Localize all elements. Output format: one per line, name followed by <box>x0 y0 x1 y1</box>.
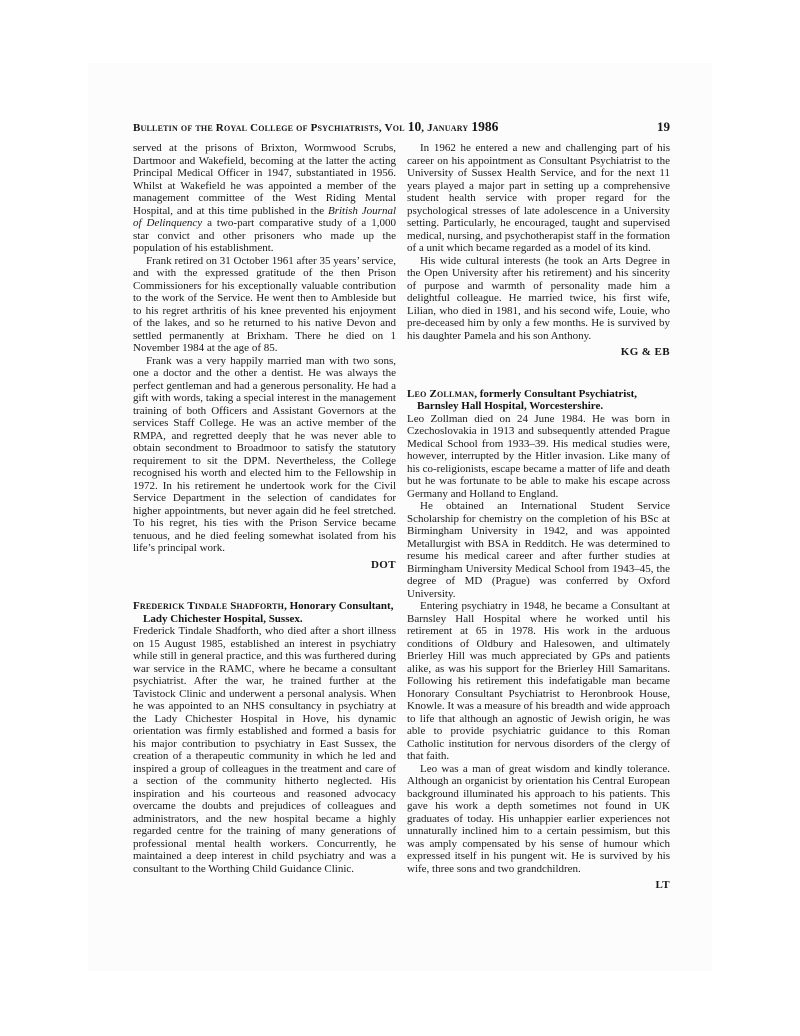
scanned-document-canvas: Bulletin of the Royal College of Psychia… <box>0 0 800 1036</box>
paragraph-text: Frederick Tindale Shadforth, who died af… <box>133 625 396 875</box>
left-column: served at the prisons of Brixton, Wormwo… <box>133 142 396 892</box>
running-head: Bulletin of the Royal College of Psychia… <box>133 118 670 136</box>
paragraph-text: Leo Zollman died on 24 June 1984. He was… <box>407 413 670 500</box>
right-column: In 1962 he entered a new and challenging… <box>407 142 670 892</box>
text-columns: served at the prisons of Brixton, Wormwo… <box>133 142 670 892</box>
deceased-name: Leo Zollman <box>407 388 474 400</box>
obituary-paragraph: Frederick Tindale Shadforth, who died af… <box>133 625 396 875</box>
paragraph-text: In 1962 he entered a new and challenging… <box>407 142 670 254</box>
journal-title-segment: 10 <box>408 119 422 134</box>
obituary-paragraph: Frank was a very happily married man wit… <box>133 355 396 555</box>
page-number: 19 <box>657 119 670 135</box>
obituary-signature: DOT <box>133 559 396 572</box>
obituary-paragraph: His wide cultural interests (he took an … <box>407 255 670 343</box>
journal-title-segment: Bulletin of the Royal College of Psychia… <box>133 122 408 134</box>
journal-page: Bulletin of the Royal College of Psychia… <box>88 63 712 971</box>
paragraph-text: Entering psychiatry in 1948, he became a… <box>407 600 670 762</box>
obituary-paragraph: In 1962 he entered a new and challenging… <box>407 142 670 255</box>
obituary-heading: Leo Zollman, formerly Consultant Psychia… <box>407 388 670 413</box>
obituary-paragraph: Frank retired on 31 October 1961 after 3… <box>133 255 396 355</box>
paragraph-text: Leo was a man of great wisdom and kindly… <box>407 763 670 875</box>
paragraph-text: His wide cultural interests (he took an … <box>407 255 670 342</box>
paragraph-text: He obtained an International Student Ser… <box>407 500 670 600</box>
journal-title: Bulletin of the Royal College of Psychia… <box>133 118 498 136</box>
deceased-name: Frederick Tindale Shadforth <box>133 600 284 612</box>
journal-title-segment: 1986 <box>471 119 498 134</box>
obituary-paragraph: served at the prisons of Brixton, Wormwo… <box>133 142 396 255</box>
paragraph-text: Frank was a very happily married man wit… <box>133 355 396 555</box>
obituary-paragraph: Leo Zollman died on 24 June 1984. He was… <box>407 413 670 501</box>
obituary-paragraph: He obtained an International Student Ser… <box>407 500 670 600</box>
obituary-signature: LT <box>407 879 670 892</box>
paragraph-text: Frank retired on 31 October 1961 after 3… <box>133 255 396 355</box>
obituary-paragraph: Entering psychiatry in 1948, he became a… <box>407 600 670 763</box>
obituary-paragraph: Leo was a man of great wisdom and kindly… <box>407 763 670 876</box>
obituary-signature: KG & EB <box>407 346 670 359</box>
obituary-heading: Frederick Tindale Shadforth, Honorary Co… <box>133 600 396 625</box>
journal-title-segment: January <box>427 122 471 134</box>
